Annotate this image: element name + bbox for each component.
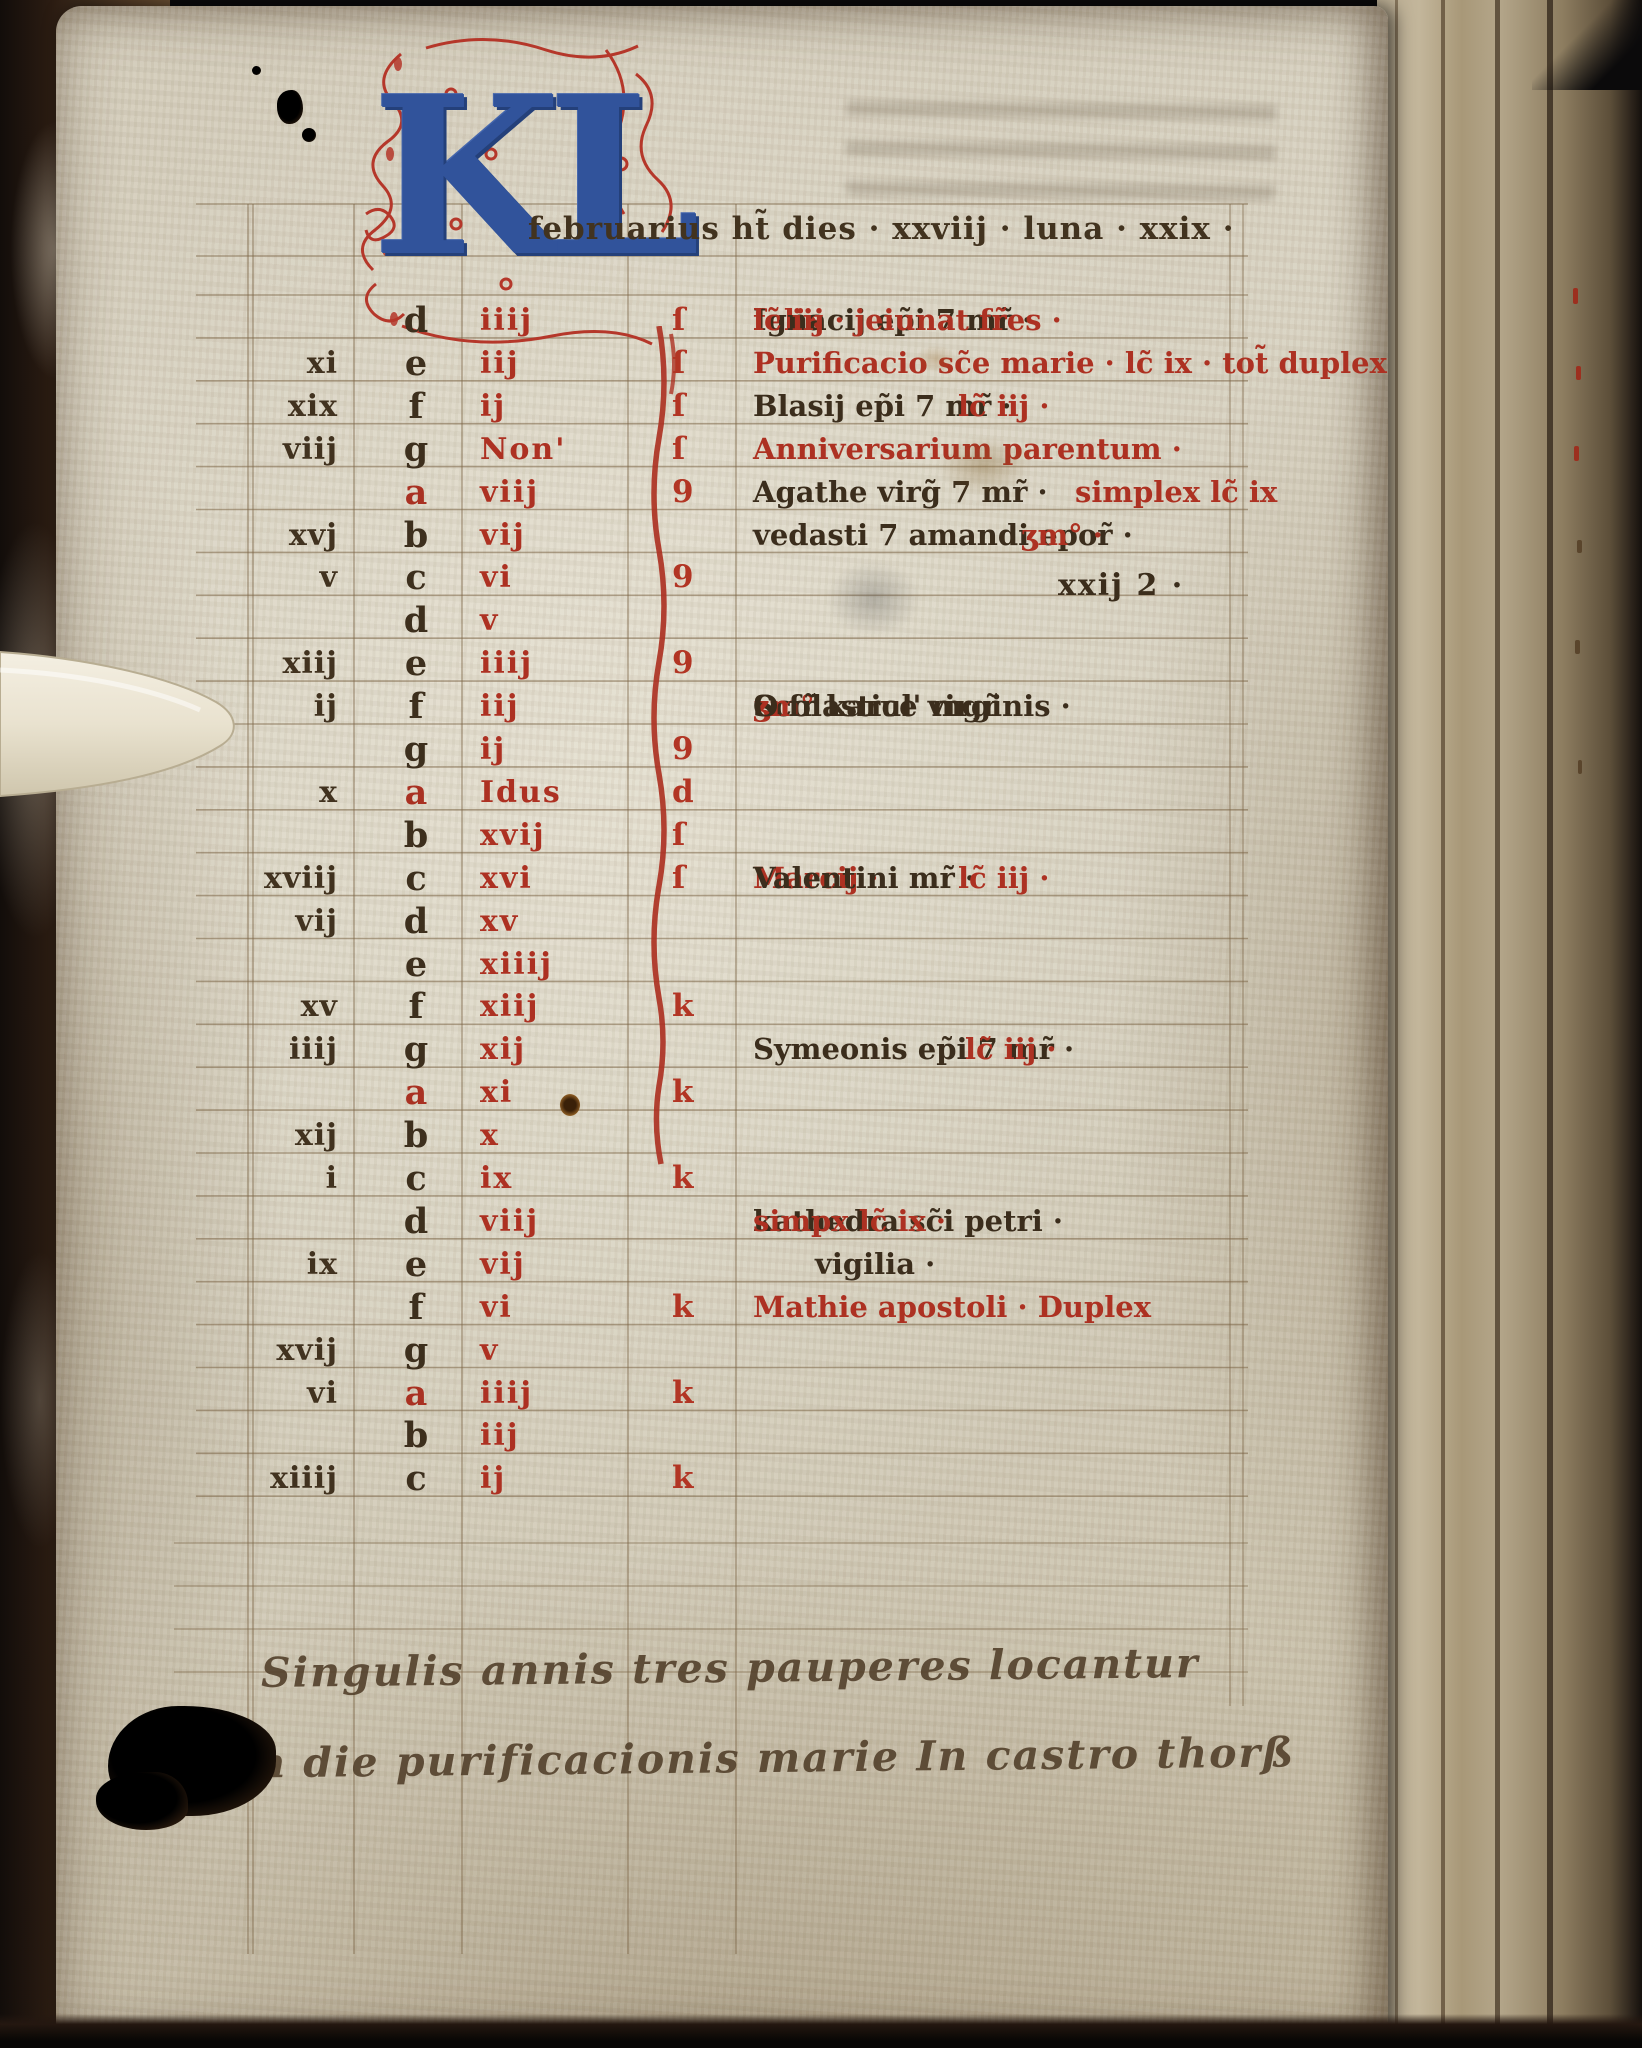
feast-text-segment: vigilia ·: [815, 1243, 935, 1286]
stain: [916, 346, 956, 372]
roman-day-label: v: [480, 1329, 670, 1372]
feast-entry: [753, 1414, 1233, 1457]
feast-entry: Marcij · Valentini mr̃ ·lc̃ iij ·: [753, 857, 1233, 900]
calendar-row: xvj b vij vedasti 7 amandi epor̃ ·ʒm° ·: [56, 514, 1316, 557]
dominical-letter: f: [374, 685, 458, 728]
marginal-mark: [672, 943, 744, 986]
feast-entry: vigilia ·: [753, 1243, 1233, 1286]
adjacent-folio-red-mark: [1574, 446, 1579, 461]
dominical-letter: c: [374, 857, 458, 900]
calendar-row: xv f xiij k: [56, 985, 1316, 1028]
calendar-row: b iij: [56, 1414, 1316, 1457]
roman-day-label: vi: [480, 1286, 670, 1329]
marginal-mark: ſ: [672, 385, 744, 428]
golden-number: [238, 1071, 338, 1114]
golden-number: xiiij: [238, 1457, 338, 1500]
dominical-letter: g: [374, 1028, 458, 1071]
feast-entry: [753, 1157, 1233, 1200]
calendar-row: a xi k: [56, 1071, 1316, 1114]
feast-entry: Purificacio sc̃e marie · lc̃ ix · tot̃ d…: [753, 342, 1233, 385]
golden-number: [238, 471, 338, 514]
golden-number: [238, 1200, 338, 1243]
calendar-row: xvij g v: [56, 1329, 1316, 1372]
calendar-row: a viij 9 Agathe virg̃ 7 mr̃ ·simplex lc̃…: [56, 471, 1316, 514]
roman-day-label: iiij: [480, 642, 670, 685]
marginal-mark: [672, 900, 744, 943]
roman-day-label: xvi: [480, 857, 670, 900]
photo-of-manuscript: { "colors": { "red": "#ad3122", "ink": "…: [0, 0, 1642, 2048]
feast-text-segment: Valentini mr̃ ·: [753, 857, 975, 900]
calendar-row: xiiij c ij k: [56, 1457, 1316, 1500]
page-edge-line: [1547, 0, 1553, 2048]
marginal-mark: 9: [672, 728, 744, 771]
marginal-mark: ſ: [672, 857, 744, 900]
golden-number: ix: [238, 1243, 338, 1286]
calendar-row: xviij c xvi ſ Marcij · Valentini mr̃ ·lc…: [56, 857, 1316, 900]
feast-entry: [753, 642, 1233, 685]
book-fore-edges: [1377, 0, 1642, 2048]
roman-day-label: iij: [480, 342, 670, 385]
feast-text-segment: simpx lc̃ ix ·: [753, 1200, 946, 1243]
golden-number: vi: [238, 1372, 338, 1415]
calendar-row: vij d xv: [56, 900, 1316, 943]
calendar-row: f vi k Mathie apostoli · Duplex: [56, 1286, 1316, 1329]
calendar-row: d viij kathedra sc̃i petri · simpx lc̃ i…: [56, 1200, 1316, 1243]
dominical-letter: f: [374, 985, 458, 1028]
dominical-letter: b: [374, 514, 458, 557]
dominical-letter: a: [374, 1071, 458, 1114]
dominical-letter: e: [374, 642, 458, 685]
golden-number: [238, 943, 338, 986]
dominical-letter: d: [374, 1200, 458, 1243]
roman-day-label: xiiij: [480, 943, 670, 986]
stain: [936, 436, 1031, 496]
feast-entry: [753, 1457, 1233, 1500]
feast-entry: Scolastice virginis · ʒm° O fr̃ karul' m…: [753, 685, 1233, 728]
feast-text-segment: lc̃ iij · jeiunat fr̃es ·: [753, 299, 1062, 342]
marginal-mark: [672, 514, 744, 557]
calendar-row: ix e vij vigilia ·: [56, 1243, 1316, 1286]
calendar-row: e xiiij: [56, 943, 1316, 986]
feast-entry: felix Ignacij ep̃i 7 mr̃ · lc̃ iij · jei…: [753, 299, 1233, 342]
feast-entry: vedasti 7 amandi epor̃ ·ʒm° ·: [753, 514, 1233, 557]
golden-number: [238, 299, 338, 342]
dominical-letter: e: [374, 1243, 458, 1286]
roman-day-label: viij: [480, 1200, 670, 1243]
roman-day-label: ij: [480, 385, 670, 428]
leather-cover-bottom: [0, 2014, 1642, 2048]
roman-day-label: xiij: [480, 985, 670, 1028]
feast-entry: [753, 900, 1233, 943]
dominical-letter: c: [374, 1457, 458, 1500]
golden-number: xi: [238, 342, 338, 385]
page-edge-line: [1441, 0, 1445, 2048]
feast-entry: Mathie apostoli · Duplex: [753, 1286, 1233, 1329]
golden-number: viij: [238, 428, 338, 471]
golden-number: xix: [238, 385, 338, 428]
feast-entry: [753, 1114, 1233, 1157]
feast-entry: [753, 771, 1233, 814]
marginal-mark: 9: [672, 642, 744, 685]
dominical-letter: e: [374, 943, 458, 986]
adjacent-folio-ink-mark: [1578, 760, 1582, 774]
dominical-letter: b: [374, 814, 458, 857]
parchment-hole: [302, 128, 316, 142]
adjacent-folio-red-mark: [1576, 366, 1581, 380]
roman-day-label: xv: [480, 900, 670, 943]
feast-text-segment: Purificacio sc̃e marie · lc̃ ix · tot̃ d…: [753, 342, 1387, 385]
roman-day-label: iij: [480, 1414, 670, 1457]
parchment-hole: [252, 66, 261, 75]
golden-number: iiij: [238, 1028, 338, 1071]
feast-entry: [753, 814, 1233, 857]
dominical-letter: g: [374, 428, 458, 471]
roman-day-label: x: [480, 1114, 670, 1157]
marginal-mark: 9: [672, 556, 744, 599]
feast-text-segment: lc̃ iij ·: [958, 385, 1050, 428]
marginal-mark: k: [672, 985, 744, 1028]
dominical-letter: f: [374, 1286, 458, 1329]
calendar-row: i c ix k: [56, 1157, 1316, 1200]
marginal-mark: d: [672, 771, 744, 814]
roman-day-label: Non': [480, 428, 670, 471]
golden-number: xviij: [238, 857, 338, 900]
feast-entry: [753, 985, 1233, 1028]
feast-text-segment: simplex lc̃ ix: [1075, 471, 1277, 514]
feast-entry: [753, 1329, 1233, 1372]
calendar-row: xix f ij ſ Blasij ep̃i 7 mr̃ ·lc̃ iij ·: [56, 385, 1316, 428]
marginal-mark: [672, 1329, 744, 1372]
page-edge-line: [1395, 0, 1398, 2048]
golden-number: vij: [238, 900, 338, 943]
feast-text-segment: lc̃ iij ·: [965, 1028, 1057, 1071]
calendar-row: viij g Non' ſ Anniversarium parentum ·: [56, 428, 1316, 471]
roman-day-label: iij: [480, 685, 670, 728]
marginal-mark: ſ: [672, 299, 744, 342]
golden-number: [238, 1286, 338, 1329]
golden-number: xv: [238, 985, 338, 1028]
calendar-row: xij b x: [56, 1114, 1316, 1157]
dominical-letter: d: [374, 299, 458, 342]
kl-letters: KL: [372, 52, 687, 302]
adjacent-folio-ink-mark: [1577, 540, 1582, 553]
marginal-mark: 9: [672, 471, 744, 514]
roman-day-label: xij: [480, 1028, 670, 1071]
feast-entry: kathedra sc̃i petri · simpx lc̃ ix ·: [753, 1200, 1233, 1243]
dominical-letter: f: [374, 385, 458, 428]
feast-entry: [753, 943, 1233, 986]
wormhole: [560, 1094, 580, 1116]
roman-day-label: v: [480, 599, 670, 642]
calendar-row: iiij g xij Symeonis ep̃i 7 mr̃ ·lc̃ iij …: [56, 1028, 1316, 1071]
calendar-row: vi a iiij k: [56, 1372, 1316, 1415]
roman-day-label: viij: [480, 471, 670, 514]
dominical-letter: c: [374, 1157, 458, 1200]
marginal-mark: k: [672, 1157, 744, 1200]
dominical-letter: d: [374, 599, 458, 642]
roman-day-label: vij: [480, 514, 670, 557]
added-note-line-1: Singulis annis tres pauperes locantur: [261, 1639, 1200, 1697]
golden-number: xvij: [238, 1329, 338, 1372]
adjacent-folio-ink-mark: [1575, 640, 1580, 654]
parchment-hole: [277, 90, 303, 124]
dominical-letter: a: [374, 1372, 458, 1415]
stain: [826, 561, 921, 636]
feast-entry: [753, 599, 1233, 642]
roman-day-label: vi: [480, 556, 670, 599]
dominical-letter: g: [374, 1329, 458, 1372]
added-note-line-2: In die purificacionis marie In castro th…: [234, 1728, 1296, 1787]
dominical-letter: g: [374, 728, 458, 771]
marginal-mark: [672, 1414, 744, 1457]
golden-number: [238, 1414, 338, 1457]
roman-day-label: xvij: [480, 814, 670, 857]
marginal-mark: ſ: [672, 342, 744, 385]
feast-text-segment: O fr̃ karul' mgr̃: [753, 685, 998, 728]
page-edge-line: [1495, 0, 1500, 2048]
feast-text-segment: Mathie apostoli · Duplex: [753, 1286, 1151, 1329]
bone-folder-pointer[interactable]: [0, 618, 270, 838]
feast-entry: Blasij ep̃i 7 mr̃ ·lc̃ iij ·: [753, 385, 1233, 428]
adjacent-folio-red-mark: [1573, 288, 1578, 304]
roman-day-label: vij: [480, 1243, 670, 1286]
background-shadow: [1532, 0, 1642, 90]
marginal-mark: k: [672, 1286, 744, 1329]
golden-number: i: [238, 1157, 338, 1200]
golden-number: xvj: [238, 514, 338, 557]
roman-day-label: ij: [480, 728, 670, 771]
marginal-mark: ſ: [672, 428, 744, 471]
marginal-mark: [672, 1028, 744, 1071]
roman-day-label: iiij: [480, 1372, 670, 1415]
feast-entry: [753, 728, 1233, 771]
feast-entry: [753, 1372, 1233, 1415]
parchment-hole: [96, 1772, 188, 1830]
calendar-row: xi e iij ſ Purificacio sc̃e marie · lc̃ …: [56, 342, 1316, 385]
dominical-letter: b: [374, 1414, 458, 1457]
dominical-letter: d: [374, 900, 458, 943]
marginal-mark: k: [672, 1457, 744, 1500]
dominical-letter: c: [374, 556, 458, 599]
obit-year-note: xxij 2 ·: [1058, 568, 1184, 603]
dominical-letter: a: [374, 471, 458, 514]
month-header: februarius ht̃ dies · xxviij · luna · xx…: [528, 206, 1228, 252]
feast-text-segment: lc̃ iij ·: [958, 857, 1050, 900]
golden-number: xij: [238, 1114, 338, 1157]
marginal-mark: [672, 599, 744, 642]
roman-day-label: Idus: [480, 771, 670, 814]
golden-number: v: [238, 556, 338, 599]
calendar-row: d iiij ſ felix Ignacij ep̃i 7 mr̃ · lc̃ …: [56, 299, 1316, 342]
marginal-mark: ſ: [672, 814, 744, 857]
marginal-mark: [672, 1200, 744, 1243]
roman-day-label: ij: [480, 1457, 670, 1500]
marginal-mark: [672, 685, 744, 728]
manuscript-page: KL februarius ht̃ dies · xxviij · luna ·…: [56, 6, 1388, 2040]
dominical-letter: a: [374, 771, 458, 814]
dominical-letter: e: [374, 342, 458, 385]
marginal-mark: k: [672, 1372, 744, 1415]
marginal-mark: [672, 1243, 744, 1286]
show-through-text-ghost: [845, 76, 1276, 200]
roman-day-label: iiij: [480, 299, 670, 342]
dominical-letter: b: [374, 1114, 458, 1157]
feast-text-segment: ʒm° ·: [1021, 514, 1103, 557]
marginal-mark: k: [672, 1071, 744, 1114]
roman-day-label: ix: [480, 1157, 670, 1200]
feast-entry: [753, 1071, 1233, 1114]
feast-entry: Symeonis ep̃i 7 mr̃ ·lc̃ iij ·: [753, 1028, 1233, 1071]
marginal-mark: [672, 1114, 744, 1157]
